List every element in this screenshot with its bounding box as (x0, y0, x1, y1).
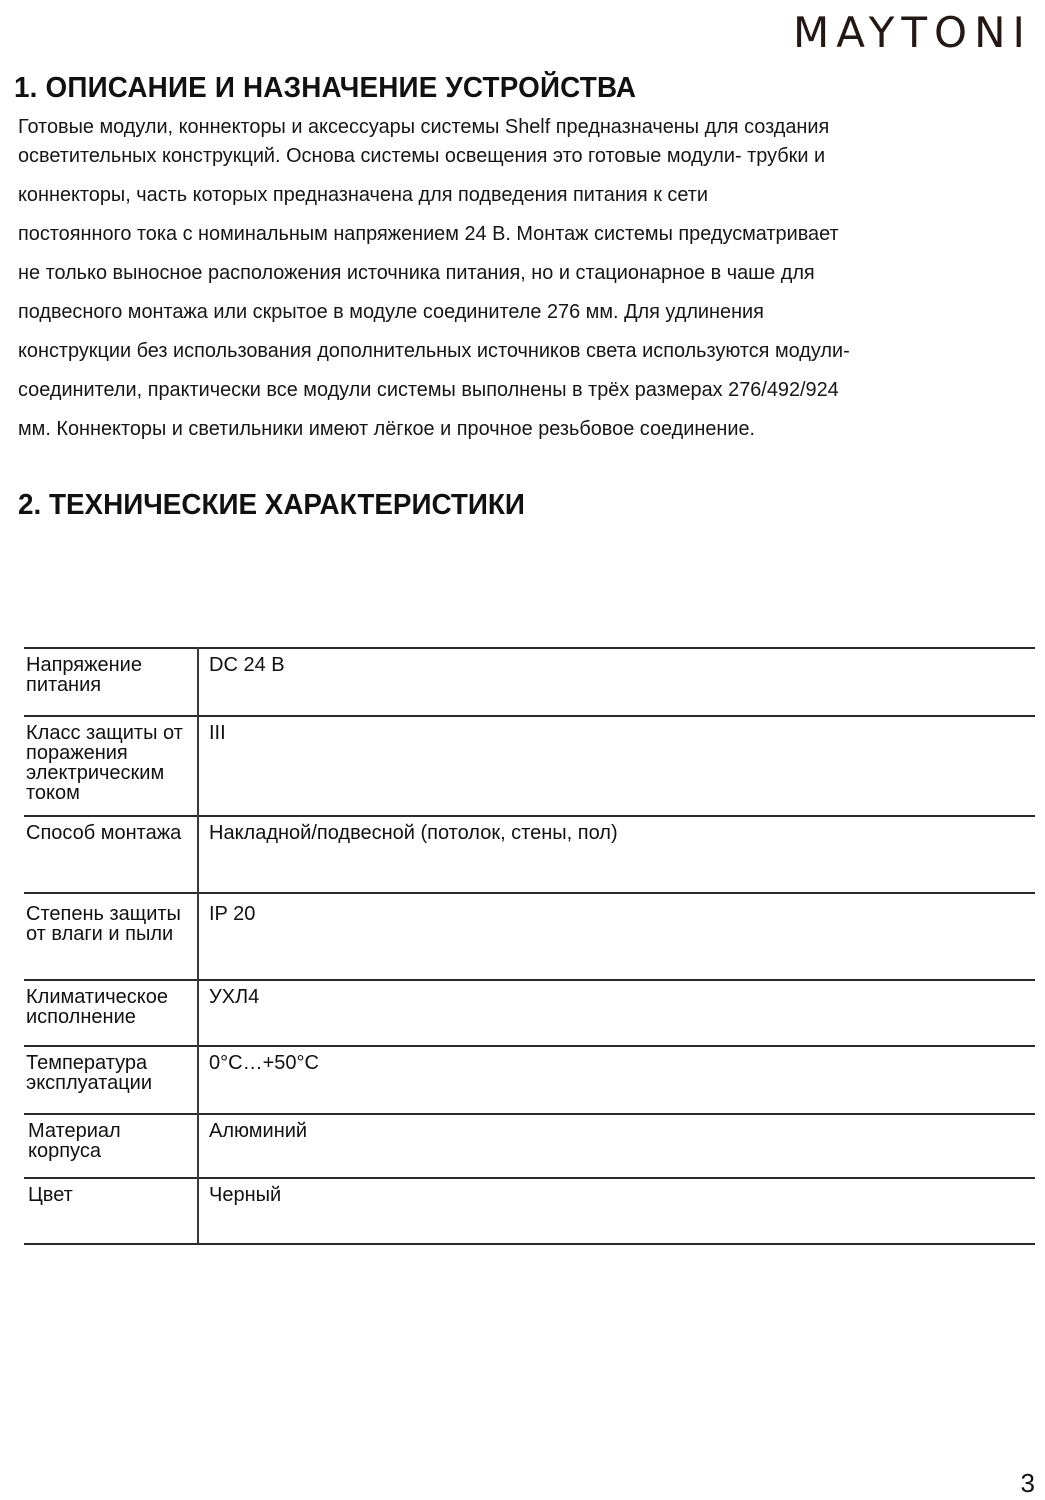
paragraph-line: постоянного тока с номинальным напряжени… (18, 219, 1007, 258)
table-row: Способ монтажа Накладной/подвесной (пото… (24, 816, 1035, 893)
paragraph-line: осветительных конструкций. Основа систем… (18, 141, 1007, 180)
spec-value: III (198, 716, 1035, 816)
paragraph-line: Готовые модули, коннекторы и аксессуары … (18, 112, 1007, 141)
spec-value: УХЛ4 (198, 980, 1035, 1046)
table-row: Напряжение питания DC 24 В (24, 648, 1035, 716)
paragraph-line: конструкции без использования дополнител… (18, 336, 1007, 375)
spec-label: Климатическое исполнение (24, 980, 198, 1046)
paragraph-line: подвесного монтажа или скрытое в модуле … (18, 297, 1007, 336)
paragraph-line: коннекторы, часть которых предназначена … (18, 180, 1007, 219)
paragraph-line: не только выносное расположения источник… (18, 258, 1007, 297)
table-row: Степень защиты от влаги и пыли IP 20 (24, 893, 1035, 980)
table-row: Материал корпуса Алюминий (24, 1114, 1035, 1178)
specifications-table: Напряжение питания DC 24 В Класс защиты … (24, 647, 1035, 1245)
page-number: 3 (1021, 1468, 1035, 1499)
paragraph-line: мм. Коннекторы и светильники имеют лёгко… (18, 414, 1007, 453)
spec-label: Класс защиты от поражения электрическим … (24, 716, 198, 816)
spec-label: Степень защиты от влаги и пыли (24, 893, 198, 980)
spec-label: Напряжение питания (24, 648, 198, 716)
spec-value: Алюминий (198, 1114, 1035, 1178)
spec-value: DC 24 В (198, 648, 1035, 716)
spec-label: Цвет (24, 1178, 198, 1244)
brand-logo: MAYTONI (793, 6, 1032, 60)
spec-label: Материал корпуса (24, 1114, 198, 1178)
spec-label: Способ монтажа (24, 816, 198, 893)
spec-value: Черный (198, 1178, 1035, 1244)
spec-value: IP 20 (198, 893, 1035, 980)
table-row: Цвет Черный (24, 1178, 1035, 1244)
table-row: Класс защиты от поражения электрическим … (24, 716, 1035, 816)
spec-value: Накладной/подвесной (потолок, стены, пол… (198, 816, 1035, 893)
table-row: Климатическое исполнение УХЛ4 (24, 980, 1035, 1046)
table-row: Температура эксплуатации 0°C…+50°C (24, 1046, 1035, 1114)
spec-value: 0°C…+50°C (198, 1046, 1035, 1114)
paragraph-line: соединители, практически все модули сист… (18, 375, 1007, 414)
spec-label: Температура эксплуатации (24, 1046, 198, 1114)
description-paragraph: Готовые модули, коннекторы и аксессуары … (18, 112, 1038, 453)
section-1-title: 1. ОПИСАНИЕ И НАЗНАЧЕНИЕ УСТРОЙСТВА (14, 68, 636, 108)
section-2-title: 2. ТЕХНИЧЕСКИЕ ХАРАКТЕРИСТИКИ (18, 485, 525, 525)
